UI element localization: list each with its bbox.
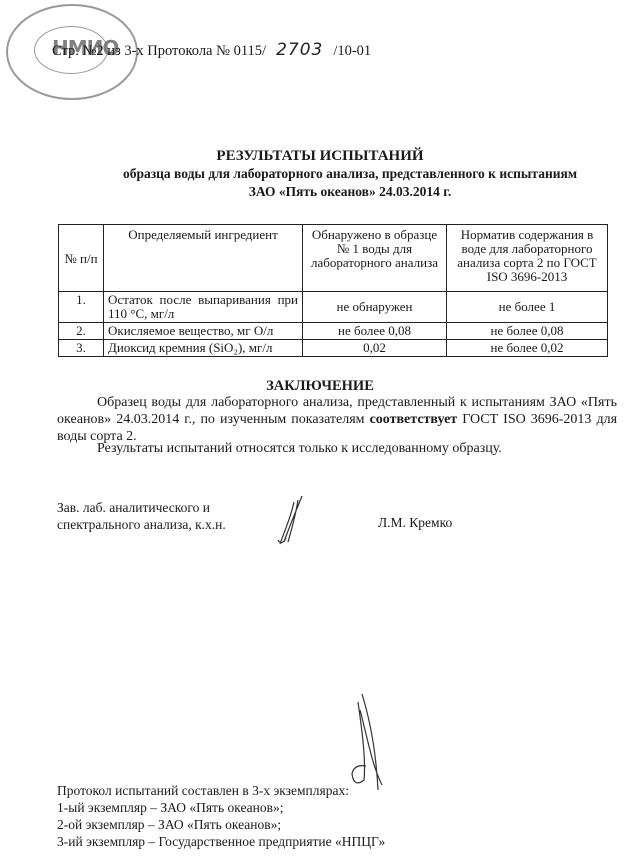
signatory-position: Зав. лаб. аналитического и спектрального… (57, 499, 226, 533)
conclusion-verdict: соответствует (370, 412, 458, 427)
header-norm: Норматив содержания в воде для лаборатор… (447, 225, 608, 292)
signature-icon (272, 492, 312, 547)
position-line-1: Зав. лаб. аналитического и (57, 499, 226, 516)
page-header: Стр. №2 из 3-х Протокола № 0115/2703/10-… (52, 40, 371, 60)
document-subtitle: образца воды для лабораторного анализа, … (60, 166, 640, 182)
cell-ingredient: Диоксид кремния (SiO₂), мг/л (104, 340, 303, 357)
table-row: 1. Остаток после выпаривания при 110 °С,… (59, 292, 608, 323)
copies-distribution: Протокол испытаний составлен в 3-х экзем… (57, 782, 385, 850)
header-found: Обнаружено в образце № 1 воды для лабора… (303, 225, 447, 292)
table-row: 2. Окисляемое вещество, мг О/л не более … (59, 323, 608, 340)
position-line-2: спектрального анализа, к.х.н. (57, 516, 226, 533)
cell-found: не более 0,08 (303, 323, 447, 340)
signatory-name: Л.М. Кремко (378, 515, 452, 531)
cell-norm: не более 1 (447, 292, 608, 323)
copies-intro: Протокол испытаний составлен в 3-х экзем… (57, 782, 385, 799)
cell-num: 1. (59, 292, 104, 323)
table-header-row: № п/п Определяемый ингредиент Обнаружено… (59, 225, 608, 292)
cell-num: 3. (59, 340, 104, 357)
cell-norm: не более 0,02 (447, 340, 608, 357)
cell-ingredient: Остаток после выпаривания при 110 °С, мг… (104, 292, 303, 323)
header-suffix: /10-01 (333, 43, 371, 59)
cell-norm: не более 0,08 (447, 323, 608, 340)
header-num: № п/п (59, 225, 104, 292)
table-row: 3. Диоксид кремния (SiO₂), мг/л 0,02 не … (59, 340, 608, 357)
header-prefix: Стр. №2 из 3-х Протокола № 0115/ (52, 43, 266, 59)
copy-item: 2-ой экземпляр – ЗАО «Пять океанов»; (57, 816, 385, 833)
copy-item: 3-ий экземпляр – Государственное предпри… (57, 833, 385, 850)
conclusion-paragraph: Образец воды для лабораторного анализа, … (57, 394, 617, 445)
signature-mark-icon (340, 690, 390, 795)
document-subtitle-company: ЗАО «Пять океанов» 24.03.2014 г. (60, 184, 640, 200)
handwritten-protocol-number: 2703 (276, 40, 323, 60)
document-title: РЕЗУЛЬТАТЫ ИСПЫТАНИЙ (0, 148, 640, 165)
conclusion-title: ЗАКЛЮЧЕНИЕ (0, 378, 640, 395)
cell-num: 2. (59, 323, 104, 340)
copy-item: 1-ый экземпляр – ЗАО «Пять океанов»; (57, 799, 385, 816)
cell-found: не обнаружен (303, 292, 447, 323)
cell-found: 0,02 (303, 340, 447, 357)
header-ingredient: Определяемый ингредиент (104, 225, 303, 292)
results-table: № п/п Определяемый ингредиент Обнаружено… (58, 224, 608, 357)
scope-note: Результаты испытаний относятся только к … (57, 440, 617, 457)
cell-ingredient: Окисляемое вещество, мг О/л (104, 323, 303, 340)
